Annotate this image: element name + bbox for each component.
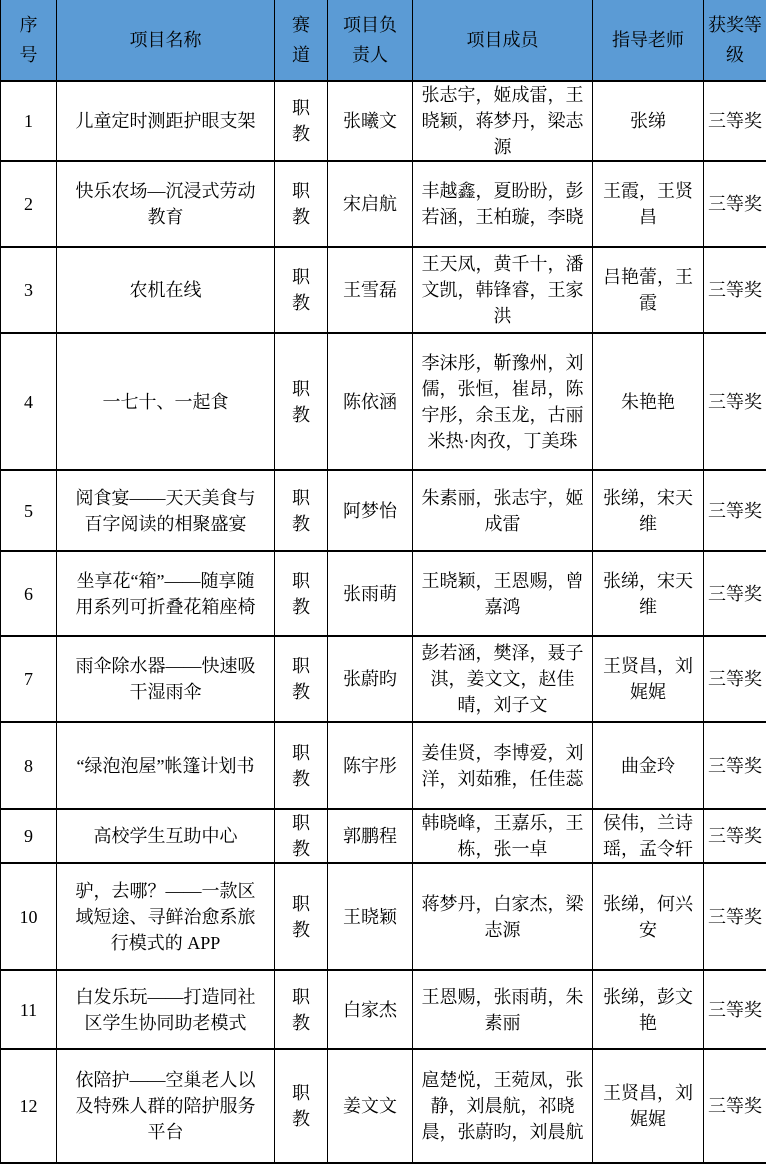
table-row: 9高校学生互助中心职教郭鹏程韩晓峰，王嘉乐，王栋，张一卓侯伟，兰诗瑶，孟令轩三等… xyxy=(1,809,766,863)
cell-advisors: 侯伟，兰诗瑶，孟令轩 xyxy=(593,809,704,863)
cell-track: 职教 xyxy=(275,551,328,636)
cell-project-name: 儿童定时测距护眼支架 xyxy=(57,81,275,161)
cell-advisors: 曲金玲 xyxy=(593,722,704,809)
cell-project-name: 快乐农场—沉浸式劳动教育 xyxy=(57,161,275,247)
cell-project-name: 阅食宴——天天美食与百字阅读的相聚盛宴 xyxy=(57,470,275,551)
cell-track: 职教 xyxy=(275,809,328,863)
column-header-advisors: 指导老师 xyxy=(593,0,704,81)
cell-advisors: 王贤昌，刘娓娓 xyxy=(593,636,704,722)
cell-project-members: 李沫彤，靳豫州，刘儒，张恒，崔昂，陈宇彤，余玉龙，古丽米热·肉孜，丁美珠 xyxy=(413,333,593,470)
cell-project-leader: 王晓颖 xyxy=(328,863,413,970)
cell-serial-number: 3 xyxy=(1,247,57,333)
column-header-track: 赛道 xyxy=(275,0,328,81)
cell-advisors: 张绨，宋天维 xyxy=(593,551,704,636)
cell-track: 职教 xyxy=(275,247,328,333)
cell-award-level: 三等奖 xyxy=(704,333,766,470)
cell-project-members: 韩晓峰，王嘉乐，王栋，张一卓 xyxy=(413,809,593,863)
cell-project-members: 王恩赐，张雨萌，朱素丽 xyxy=(413,970,593,1049)
column-header-project-members: 项目成员 xyxy=(413,0,593,81)
cell-project-leader: 张曦文 xyxy=(328,81,413,161)
cell-award-level: 三等奖 xyxy=(704,551,766,636)
cell-serial-number: 12 xyxy=(1,1049,57,1163)
cell-award-level: 三等奖 xyxy=(704,247,766,333)
cell-project-members: 朱素丽，张志宇，姬成雷 xyxy=(413,470,593,551)
cell-serial-number: 8 xyxy=(1,722,57,809)
cell-serial-number: 6 xyxy=(1,551,57,636)
cell-project-leader: 张雨萌 xyxy=(328,551,413,636)
column-header-award-level: 获奖等级 xyxy=(704,0,766,81)
cell-project-members: 扈楚悦，王菀凤，张静，刘晨航，祁晓晨，张蔚昀，刘晨航 xyxy=(413,1049,593,1163)
cell-project-leader: 宋启航 xyxy=(328,161,413,247)
table-row: 11白发乐玩——打造同社区学生协同助老模式职教白家杰王恩赐，张雨萌，朱素丽张绨，… xyxy=(1,970,766,1049)
table-row: 12依陪护——空巢老人以及特殊人群的陪护服务平台职教姜文文扈楚悦，王菀凤，张静，… xyxy=(1,1049,766,1163)
cell-advisors: 张绨，何兴安 xyxy=(593,863,704,970)
cell-track: 职教 xyxy=(275,1049,328,1163)
cell-track: 职教 xyxy=(275,636,328,722)
table-row: 4一七十、一起食职教陈依涵李沫彤，靳豫州，刘儒，张恒，崔昂，陈宇彤，余玉龙，古丽… xyxy=(1,333,766,470)
cell-project-name: 坐享花“箱”——随享随用系列可折叠花箱座椅 xyxy=(57,551,275,636)
cell-award-level: 三等奖 xyxy=(704,722,766,809)
cell-advisors: 吕艳蕾，王霞 xyxy=(593,247,704,333)
cell-project-members: 蒋梦丹，白家杰，梁志源 xyxy=(413,863,593,970)
cell-serial-number: 2 xyxy=(1,161,57,247)
cell-project-leader: 白家杰 xyxy=(328,970,413,1049)
cell-project-name: 农机在线 xyxy=(57,247,275,333)
cell-project-name: 一七十、一起食 xyxy=(57,333,275,470)
cell-track: 职教 xyxy=(275,161,328,247)
cell-advisors: 张绨，彭文艳 xyxy=(593,970,704,1049)
cell-project-leader: 王雪磊 xyxy=(328,247,413,333)
cell-project-members: 张志宇，姬成雷，王晓颖，蒋梦丹，梁志源 xyxy=(413,81,593,161)
cell-track: 职教 xyxy=(275,722,328,809)
table-row: 6坐享花“箱”——随享随用系列可折叠花箱座椅职教张雨萌王晓颖，王恩赐，曾嘉鸿张绨… xyxy=(1,551,766,636)
cell-advisors: 朱艳艳 xyxy=(593,333,704,470)
column-header-project-name: 项目名称 xyxy=(57,0,275,81)
cell-project-members: 彭若涵，樊泽，聂子淇，姜文文，赵佳晴，刘子文 xyxy=(413,636,593,722)
cell-serial-number: 11 xyxy=(1,970,57,1049)
cell-track: 职教 xyxy=(275,81,328,161)
cell-project-name: “绿泡泡屋”帐篷计划书 xyxy=(57,722,275,809)
cell-award-level: 三等奖 xyxy=(704,470,766,551)
cell-project-leader: 陈宇彤 xyxy=(328,722,413,809)
table-row: 5阅食宴——天天美食与百字阅读的相聚盛宴职教阿梦怡朱素丽，张志宇，姬成雷张绨，宋… xyxy=(1,470,766,551)
cell-award-level: 三等奖 xyxy=(704,1049,766,1163)
cell-project-leader: 张蔚昀 xyxy=(328,636,413,722)
cell-advisors: 张绨，宋天维 xyxy=(593,470,704,551)
table-body: 1儿童定时测距护眼支架职教张曦文张志宇，姬成雷，王晓颖，蒋梦丹，梁志源张绨三等奖… xyxy=(1,81,766,1163)
cell-project-name: 依陪护——空巢老人以及特殊人群的陪护服务平台 xyxy=(57,1049,275,1163)
cell-project-members: 王晓颖，王恩赐，曾嘉鸿 xyxy=(413,551,593,636)
cell-project-leader: 姜文文 xyxy=(328,1049,413,1163)
cell-project-name: 驴，去哪？——一款区域短途、寻鲜治愈系旅行模式的 APP xyxy=(57,863,275,970)
column-header-project-leader: 项目负责人 xyxy=(328,0,413,81)
cell-project-leader: 阿梦怡 xyxy=(328,470,413,551)
cell-advisors: 王霞，王贤昌 xyxy=(593,161,704,247)
cell-serial-number: 9 xyxy=(1,809,57,863)
table-row: 3农机在线职教王雪磊王天凤，黄千十，潘文凯，韩锋睿，王家洪吕艳蕾，王霞三等奖 xyxy=(1,247,766,333)
cell-project-name: 白发乐玩——打造同社区学生协同助老模式 xyxy=(57,970,275,1049)
cell-project-leader: 郭鹏程 xyxy=(328,809,413,863)
header-row: 序号项目名称赛道项目负责人项目成员指导老师获奖等级 xyxy=(1,0,766,81)
table-row: 7雨伞除水器——快速吸干湿雨伞职教张蔚昀彭若涵，樊泽，聂子淇，姜文文，赵佳晴，刘… xyxy=(1,636,766,722)
cell-serial-number: 4 xyxy=(1,333,57,470)
table-row: 10驴，去哪？——一款区域短途、寻鲜治愈系旅行模式的 APP职教王晓颖蒋梦丹，白… xyxy=(1,863,766,970)
cell-advisors: 王贤昌，刘娓娓 xyxy=(593,1049,704,1163)
cell-project-members: 王天凤，黄千十，潘文凯，韩锋睿，王家洪 xyxy=(413,247,593,333)
cell-award-level: 三等奖 xyxy=(704,636,766,722)
cell-award-level: 三等奖 xyxy=(704,809,766,863)
column-header-serial-number: 序号 xyxy=(1,0,57,81)
cell-project-leader: 陈依涵 xyxy=(328,333,413,470)
cell-track: 职教 xyxy=(275,470,328,551)
cell-project-members: 姜佳贤，李博爱，刘洋，刘茹雅，任佳蕊 xyxy=(413,722,593,809)
cell-project-name: 雨伞除水器——快速吸干湿雨伞 xyxy=(57,636,275,722)
cell-serial-number: 7 xyxy=(1,636,57,722)
cell-project-name: 高校学生互助中心 xyxy=(57,809,275,863)
cell-award-level: 三等奖 xyxy=(704,161,766,247)
table-row: 1儿童定时测距护眼支架职教张曦文张志宇，姬成雷，王晓颖，蒋梦丹，梁志源张绨三等奖 xyxy=(1,81,766,161)
cell-advisors: 张绨 xyxy=(593,81,704,161)
cell-serial-number: 10 xyxy=(1,863,57,970)
table-row: 8“绿泡泡屋”帐篷计划书职教陈宇彤姜佳贤，李博爱，刘洋，刘茹雅，任佳蕊曲金玲三等… xyxy=(1,722,766,809)
cell-track: 职教 xyxy=(275,970,328,1049)
cell-track: 职教 xyxy=(275,863,328,970)
cell-award-level: 三等奖 xyxy=(704,863,766,970)
cell-track: 职教 xyxy=(275,333,328,470)
cell-award-level: 三等奖 xyxy=(704,81,766,161)
table-row: 2快乐农场—沉浸式劳动教育职教宋启航丰越鑫，夏盼盼，彭若涵，王柏璇，李晓王霞，王… xyxy=(1,161,766,247)
award-results-table: 序号项目名称赛道项目负责人项目成员指导老师获奖等级 1儿童定时测距护眼支架职教张… xyxy=(0,0,766,1164)
cell-serial-number: 5 xyxy=(1,470,57,551)
cell-serial-number: 1 xyxy=(1,81,57,161)
cell-award-level: 三等奖 xyxy=(704,970,766,1049)
cell-project-members: 丰越鑫，夏盼盼，彭若涵，王柏璇，李晓 xyxy=(413,161,593,247)
